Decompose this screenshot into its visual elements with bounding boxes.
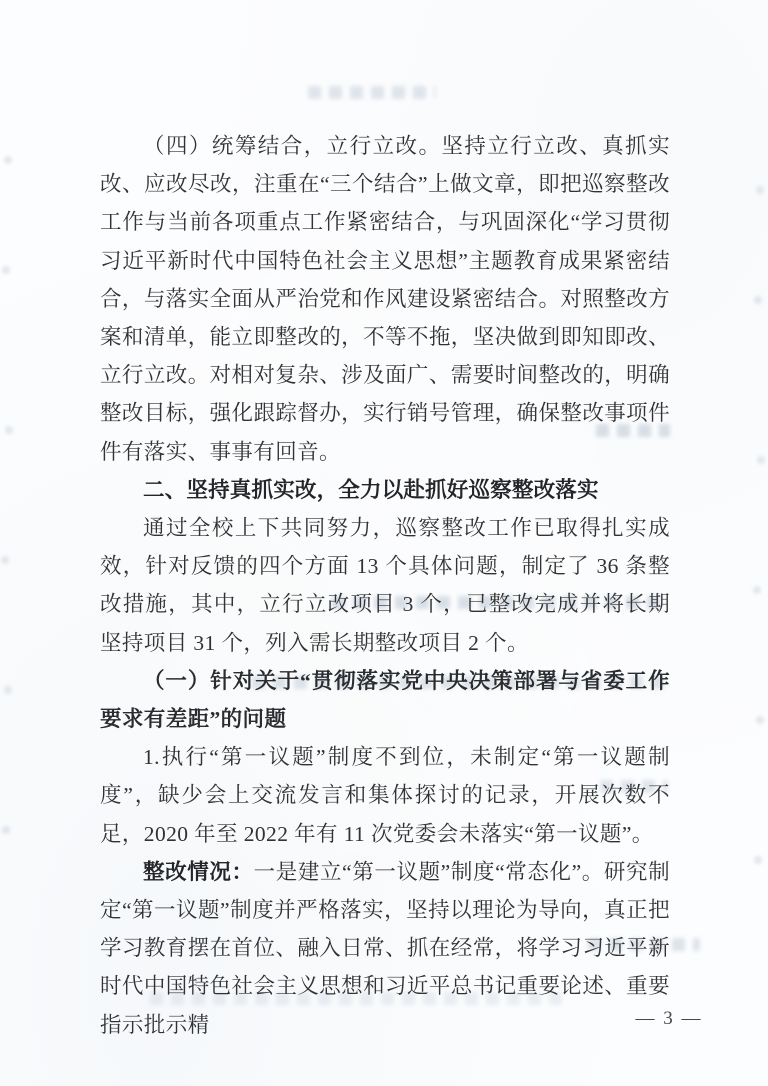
rectification-status-text: 一是建立“第一议题”制度“常态化”。研究制定“第一议题”制度并严格落实，坚持以理… bbox=[100, 860, 670, 1037]
paragraph-overall-results: 通过全校上下共同努力，巡察整改工作已取得扎实成效，针对反馈的四个方面 13 个具… bbox=[100, 509, 670, 662]
paragraph-rectification-status: 整改情况：一是建立“第一议题”制度“常态化”。研究制定“第一议题”制度并严格落实… bbox=[100, 853, 670, 1044]
scan-edge-noise bbox=[752, 160, 768, 920]
document-body: （四）统筹结合，立行立改。坚持立行立改、真抓实改、应改尽改，注重在“三个结合”上… bbox=[100, 127, 670, 1044]
scan-edge-noise bbox=[0, 130, 16, 890]
bleedthrough-smudge bbox=[308, 86, 436, 99]
page-number: — 3 — bbox=[614, 1008, 724, 1030]
paragraph-problem-1: 1.执行“第一议题”制度不到位，未制定“第一议题制度”，缺少会上交流发言和集体探… bbox=[100, 738, 670, 853]
document-page: （四）统筹结合，立行立改。坚持立行立改、真抓实改、应改尽改，注重在“三个结合”上… bbox=[0, 0, 768, 1086]
rectification-status-label: 整改情况： bbox=[143, 860, 254, 884]
paragraph-item4-overview: （四）统筹结合，立行立改。坚持立行立改、真抓实改、应改尽改，注重在“三个结合”上… bbox=[100, 127, 670, 471]
subsection-heading-1: （一）针对关于“贯彻落实党中央决策部署与省委工作要求有差距”的问题 bbox=[100, 662, 670, 738]
section-heading-2: 二、坚持真抓实改，全力以赴抓好巡察整改落实 bbox=[100, 471, 670, 509]
